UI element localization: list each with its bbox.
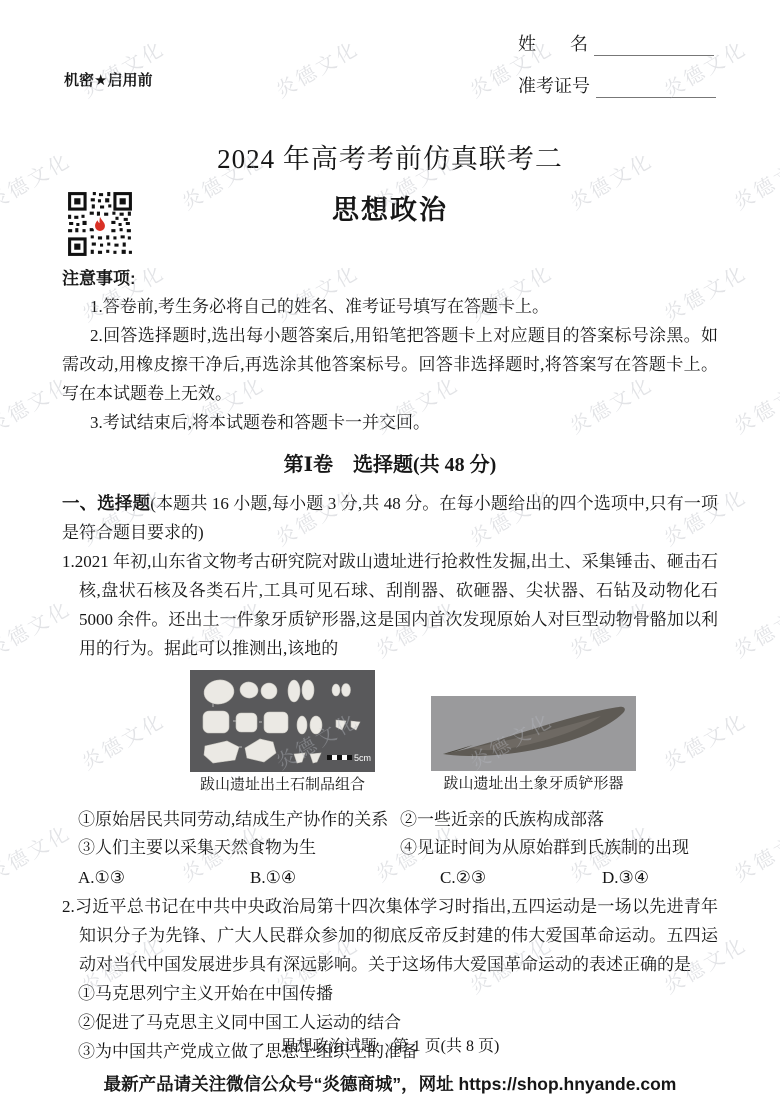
ticket-number-input-line[interactable] (596, 73, 716, 98)
scale-label: 5cm (354, 753, 371, 763)
question-1-text: 2021 年初,山东省文物考古研究院对跋山遗址进行抢救性发掘,出土、采集锤击、砸… (75, 552, 718, 658)
name-label: 姓名 (518, 32, 588, 56)
figure-left-caption: 跋山遗址出土石制品组合 (200, 774, 365, 796)
candidate-fields: 姓名 准考证号 (518, 30, 716, 114)
figure-stone-artifacts: 5cm 跋山遗址出土石制品组合 (190, 670, 375, 796)
figure-ivory-tool: 跋山遗址出土象牙质铲形器 (431, 670, 636, 796)
statement-4: ④见证时间为从原始群到氏族制的出现 (400, 834, 718, 862)
qr-code (66, 190, 134, 258)
question-1-stem: 1.2021 年初,山东省文物考古研究院对跋山遗址进行抢救性发掘,出土、采集锤击… (62, 547, 718, 663)
choice-a: A.①③ (78, 863, 125, 892)
statement-1: ①原始居民共同劳动,结成生产协作的关系 (78, 806, 400, 834)
notice-item-2: 2.回答选择题时,选出每小题答案后,用铅笔把答题卡上对应题目的答案标号涂黑。如需… (62, 321, 718, 408)
page-footer-label: 思想政治试题 第 1 页(共 8 页) (0, 1032, 780, 1061)
notice-item-3: 3.考试结束后,将本试题卷和答题卡一并交回。 (62, 408, 718, 437)
section-intro: 一、选择题(本题共 16 小题,每小题 3 分,共 48 分。在每小题给出的四个… (62, 489, 718, 547)
name-input-line[interactable] (594, 31, 714, 56)
intro-note: (本题共 16 小题,每小题 3 分,共 48 分。在每小题给出的四个选项中,只… (62, 494, 718, 542)
notice-section: 注意事项: 1.答卷前,考生务必将自己的姓名、准考证号填写在答题卡上。 2.回答… (62, 266, 718, 437)
exam-paper-page: 机密★启用前 姓名 准考证号 2024 年高考考前仿真联考二 思想政治 注意事项… (0, 0, 780, 1104)
statement-2: ②一些近亲的氏族构成部落 (400, 806, 718, 834)
classification-label: 机密★启用前 (64, 66, 152, 95)
question-1-statements: ①原始居民共同劳动,结成生产协作的关系 ②一些近亲的氏族构成部落 ③人们主要以采… (62, 806, 718, 862)
figure-right-caption: 跋山遗址出土象牙质铲形器 (443, 773, 623, 795)
notice-item-1: 1.答卷前,考生务必将自己的姓名、准考证号填写在答题卡上。 (62, 292, 718, 321)
ticket-number-label: 准考证号 (518, 74, 590, 98)
choice-c: C.②③ (440, 863, 486, 892)
name-field-row: 姓名 (518, 30, 716, 56)
question-1-figures: 5cm 跋山遗址出土石制品组合 跋山遗址出土象牙质铲形器 (190, 670, 718, 796)
choice-d: D.③④ (602, 863, 649, 892)
notice-heading: 注意事项: (62, 266, 718, 292)
question-1-choices: A.①③ B.①④ C.②③ D.③④ (62, 863, 718, 892)
ticket-field-row: 准考证号 (518, 72, 716, 98)
question-1-number: 1. (62, 552, 75, 571)
question-2-text: 习近平总书记在中共中央政治局第十四次集体学习时指出,五四运动是一场以先进青年知识… (75, 897, 718, 974)
subject-title: 思想政治 (62, 192, 718, 228)
question-2-stem: 2.习近平总书记在中共中央政治局第十四次集体学习时指出,五四运动是一场以先进青年… (62, 892, 718, 979)
intro-label: 一、选择题 (62, 493, 150, 513)
paper-header: 机密★启用前 姓名 准考证号 (62, 0, 718, 120)
exam-title: 2024 年高考考前仿真联考二 (62, 142, 718, 176)
choice-b: B.①④ (250, 863, 296, 892)
promo-footer: 最新产品请关注微信公众号“炎德商城”，网址 https://shop.hnyan… (0, 1070, 780, 1099)
ivory-tool-image (431, 696, 636, 771)
question-2-number: 2. (62, 897, 75, 916)
statement-3: ③人们主要以采集天然食物为生 (78, 834, 400, 862)
section-heading: 第Ⅰ卷 选择题(共 48 分) (62, 449, 718, 481)
stone-artifacts-image: 5cm (190, 670, 375, 772)
q2-statement-1: ①马克思列宁主义开始在中国传播 (62, 979, 718, 1008)
